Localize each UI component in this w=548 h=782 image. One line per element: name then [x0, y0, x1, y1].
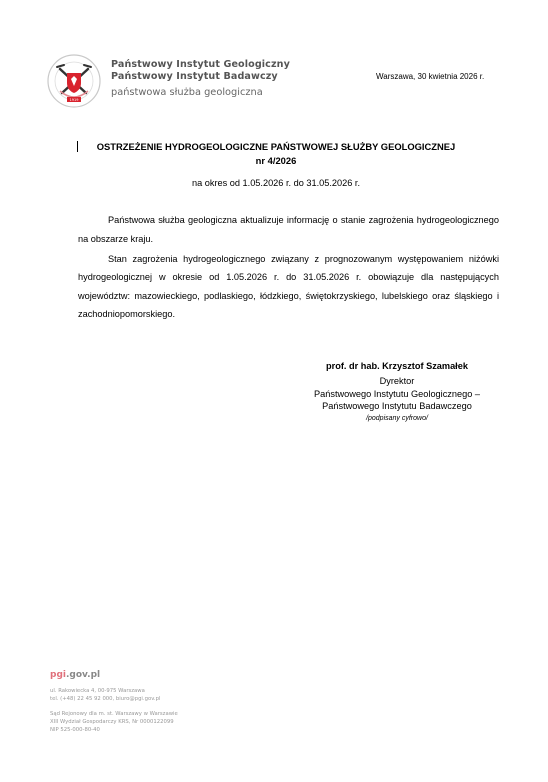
signature-block: prof. dr hab. Krzysztof Szamałek Dyrekto…: [292, 360, 502, 424]
svg-text:1919: 1919: [70, 98, 79, 102]
org-name: Państwowy Instytut Geologiczny: [111, 59, 290, 71]
organization-header: Państwowy Instytut Geologiczny Państwowy…: [111, 59, 290, 99]
text-cursor: [77, 141, 78, 152]
paragraph: Stan zagrożenia hydrogeologicznego związ…: [78, 250, 499, 324]
signature-note: /podpisany cyfrowo/: [292, 413, 502, 424]
footer-address: ul. Rakowiecka 4, 00-975 Warszawa: [50, 687, 178, 695]
org-service: państwowa służba geologiczna: [111, 87, 290, 99]
footer-nip: NIP 525-000-80-40: [50, 726, 178, 734]
pgi-emblem-icon: 1919: [46, 53, 102, 109]
org-status: Państwowy Instytut Badawczy: [111, 71, 290, 83]
document-body: Państwowa służba geologiczna aktualizuje…: [78, 211, 499, 325]
signatory-institution-line1: Państwowego Instytutu Geologicznego –: [292, 388, 502, 401]
document-number: nr 4/2026: [78, 154, 474, 168]
document-period: na okres od 1.05.2026 r. do 31.05.2026 r…: [78, 178, 474, 188]
signatory-name: prof. dr hab. Krzysztof Szamałek: [292, 360, 502, 373]
footer: pgi.gov.pl ul. Rakowiecka 4, 00-975 Wars…: [50, 670, 178, 734]
footer-krs: XIII Wydział Gospodarczy KRS, Nr 0000122…: [50, 718, 178, 726]
paragraph: Państwowa służba geologiczna aktualizuje…: [78, 211, 499, 248]
document-date: Warszawa, 30 kwietnia 2026 r.: [376, 72, 484, 81]
footer-contact: tel. (+48) 22 45 92 000, biuro@pgi.gov.p…: [50, 695, 178, 703]
signatory-role: Dyrektor: [292, 375, 502, 388]
document-title[interactable]: OSTRZEŻENIE HYDROGEOLOGICZNE PAŃSTWOWEJ …: [97, 141, 456, 152]
website-link[interactable]: pgi.gov.pl: [50, 670, 178, 680]
signatory-institution-line2: Państwowego Instytutu Badawczego: [292, 400, 502, 413]
document-title-block: OSTRZEŻENIE HYDROGEOLOGICZNE PAŃSTWOWEJ …: [78, 140, 474, 168]
footer-court: Sąd Rejonowy dla m. st. Warszawy w Warsz…: [50, 710, 178, 718]
